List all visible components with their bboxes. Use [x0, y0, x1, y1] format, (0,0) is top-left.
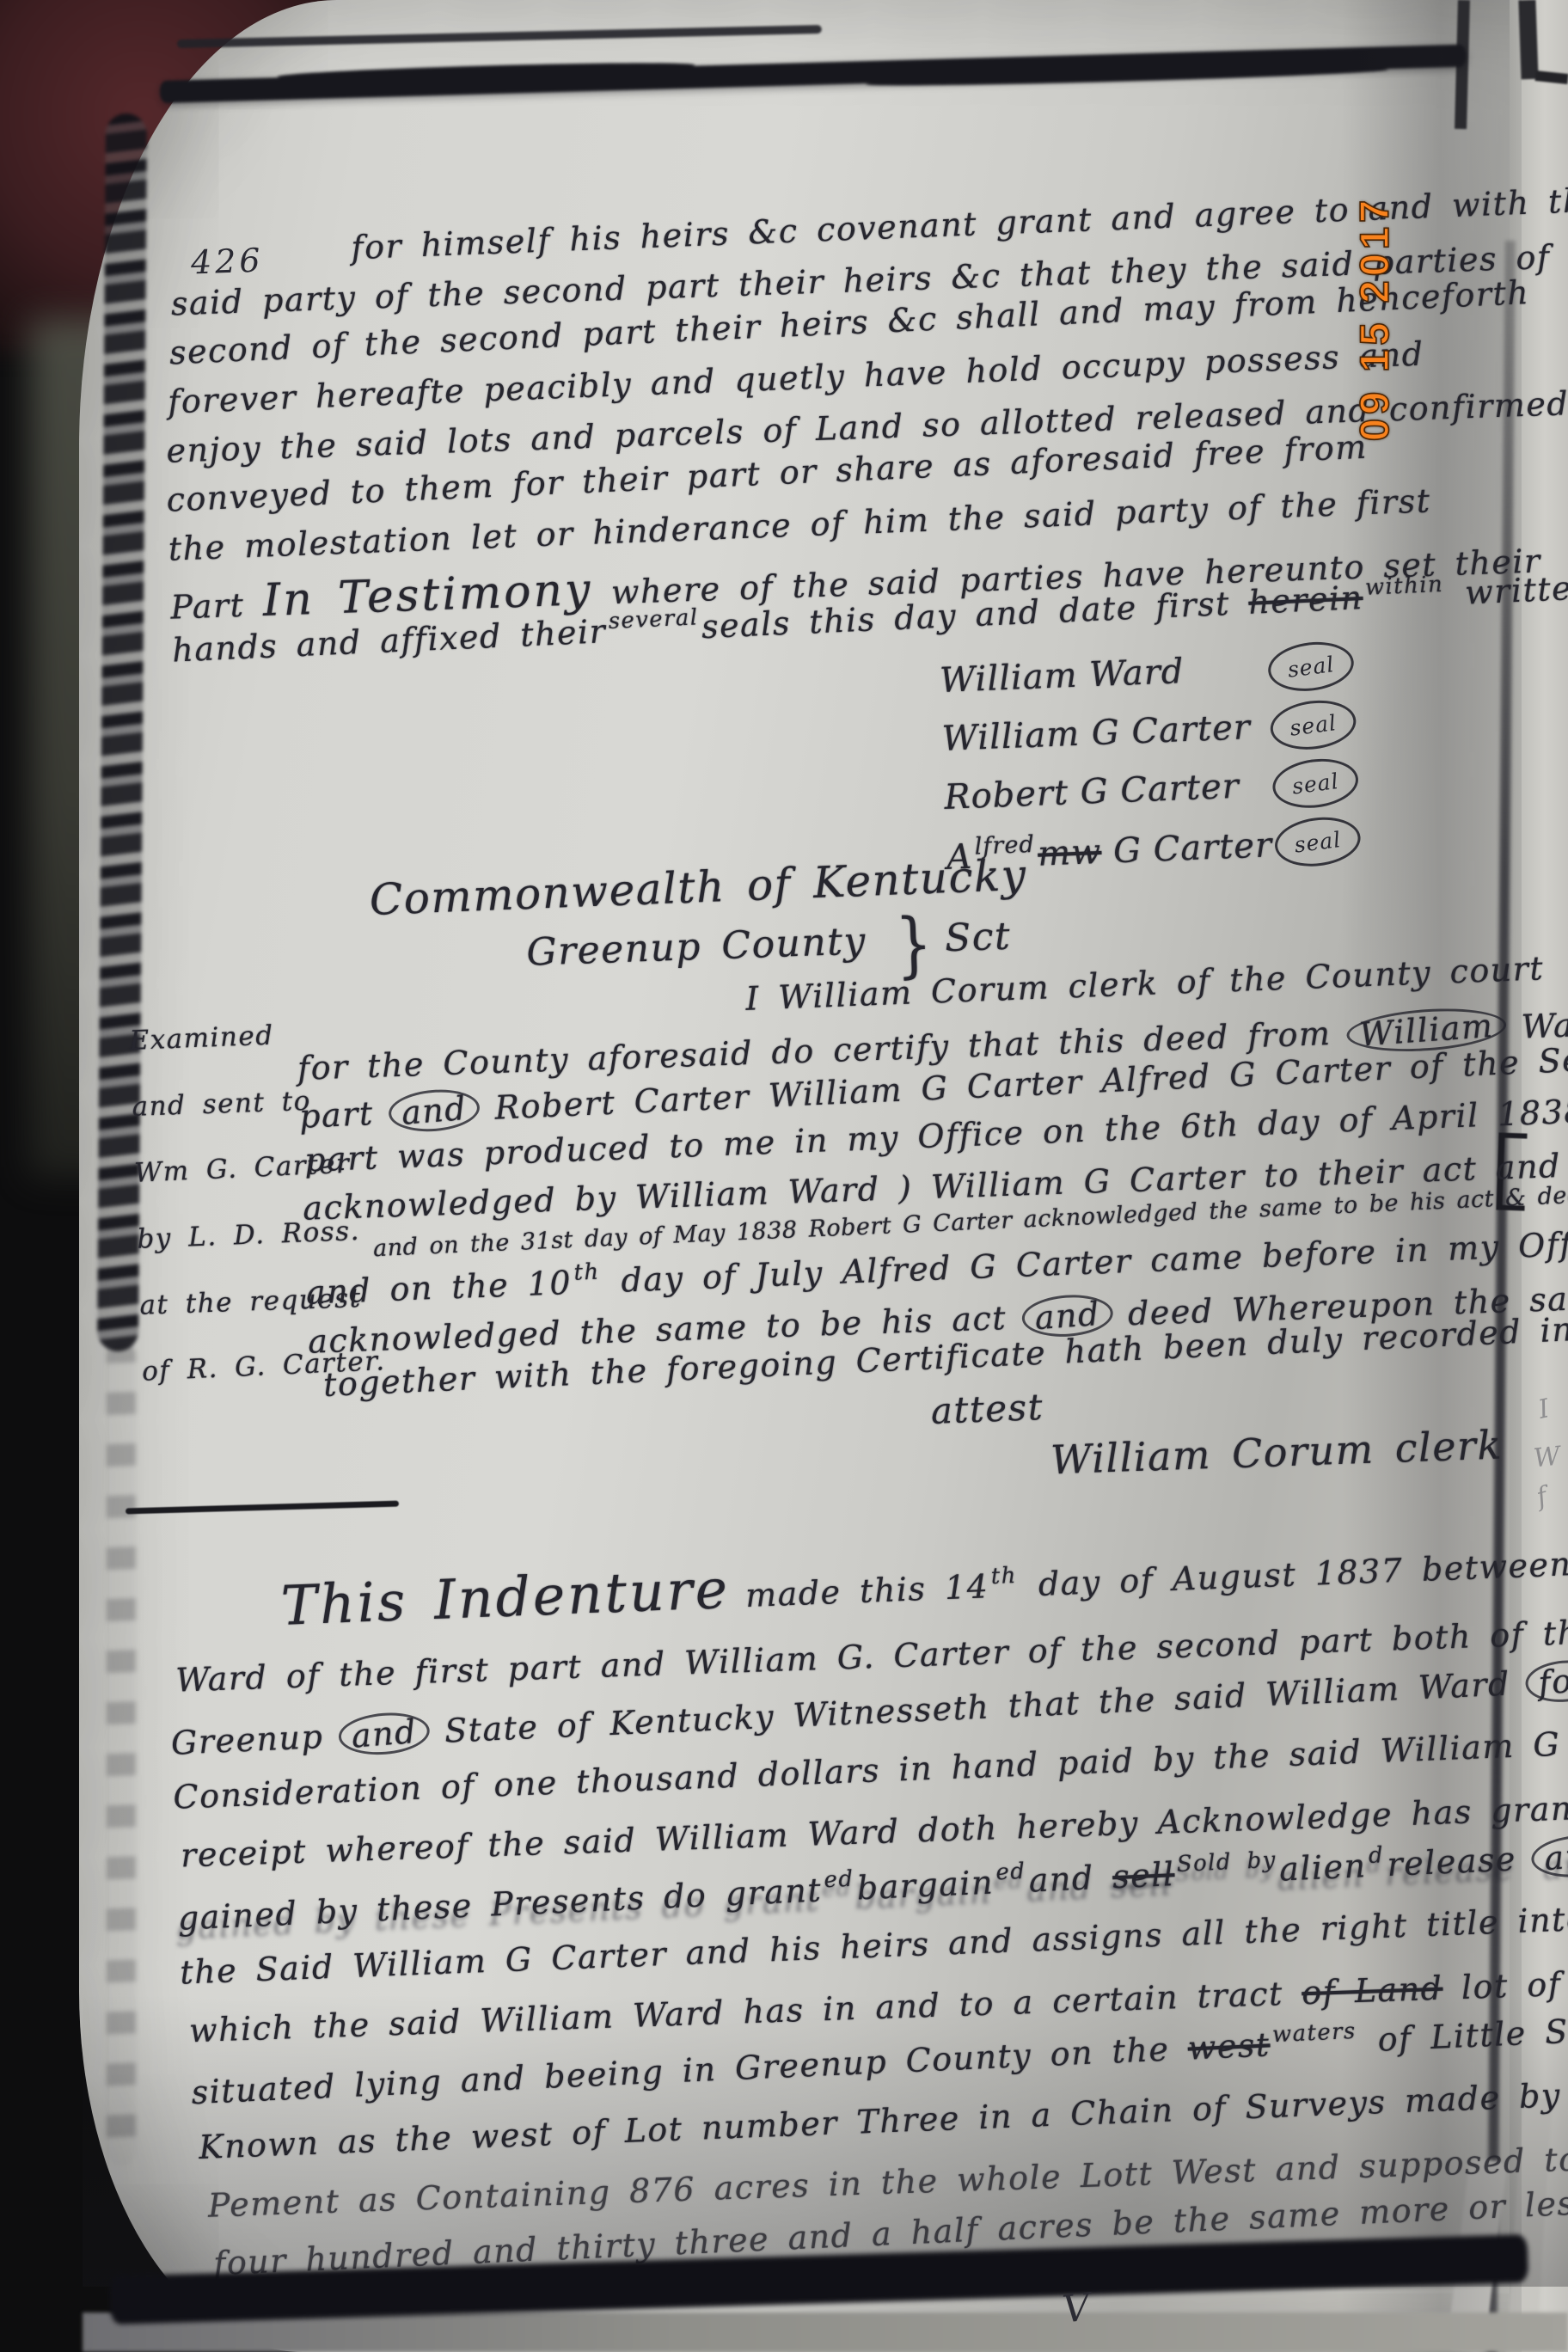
- strike-text: herein: [1247, 579, 1363, 622]
- handwritten-text: release: [1387, 1839, 1536, 1883]
- signature-text: William G Carter: [941, 707, 1252, 759]
- signature-text: G Carter: [1101, 825, 1273, 872]
- handwritten-text: made this 14: [744, 1567, 989, 1614]
- strike-text: of Land: [1302, 1969, 1444, 2012]
- camera-timestamp: 09 15 2017: [1327, 129, 1422, 507]
- sup-text: ed: [824, 1869, 854, 1892]
- circle-text: and: [1530, 1832, 1568, 1880]
- handwritten-text: written: [1446, 568, 1568, 613]
- left-edge-ink-stain-tail: [107, 1341, 136, 2166]
- strike-text: west: [1187, 2025, 1271, 2067]
- seal-stamp: seal: [1265, 637, 1357, 695]
- photographed-deed-book-page: I W f 426 for himself his heirs &c coven…: [0, 0, 1568, 2352]
- stray-ink-mark: V: [1060, 2285, 1092, 2331]
- handwritten-line: Wm G. Carter: [134, 1149, 381, 1227]
- handwritten-text: attest: [930, 1386, 1044, 1432]
- seal-stamp: seal: [1272, 812, 1363, 871]
- sup-text: th: [573, 1262, 600, 1285]
- sup-text: ed: [995, 1861, 1026, 1884]
- clerk-certificate-paragraph: I William Corum clerk of the County cour…: [295, 940, 1568, 1513]
- commonwealth-heading: Commonwealth of KentuckyGreenup County}S…: [369, 854, 1031, 992]
- sup-text: waters: [1271, 2021, 1357, 2047]
- handwritten-text: Greenup County: [526, 919, 867, 974]
- margin-notes: Examinedand sent toWm G. Carterby L. D. …: [129, 1019, 388, 1425]
- handwritten-text: day of August 1837 between William: [1019, 1539, 1568, 1603]
- strike-text: sell: [1112, 1855, 1175, 1896]
- circle-text: for: [1523, 1657, 1568, 1705]
- signature-block: William WardsealWilliam G CartersealRobe…: [939, 635, 1362, 885]
- handwritten-text: Part: [170, 585, 264, 627]
- circle-text: and: [387, 1087, 481, 1135]
- handwritten-line: by L. D. Ross.: [137, 1217, 383, 1293]
- handwritten-text: alien: [1278, 1847, 1367, 1888]
- signature-text: Robert G Carter: [944, 767, 1240, 818]
- camera-timestamp-text: 09 15 2017: [1351, 195, 1399, 440]
- indenture-paragraph: This Indenturemade this 14th day of Augu…: [165, 1518, 1568, 2307]
- circle-text: and: [337, 1710, 431, 1758]
- seal-stamp: seal: [1270, 754, 1361, 812]
- brace-text: }: [895, 909, 934, 981]
- handwritten-text: at the request: [139, 1283, 362, 1321]
- seal-stamp: seal: [1267, 695, 1358, 754]
- handwritten-text: and: [1028, 1858, 1113, 1899]
- sct-text: Sct: [944, 915, 1012, 961]
- sup-text: Sold by: [1176, 1850, 1277, 1877]
- handwritten-text: lot of Land: [1442, 1962, 1568, 2007]
- handwritten-text: and sent to: [132, 1086, 311, 1123]
- handwritten-text: bargain: [856, 1863, 995, 1907]
- signature-text: mw: [1037, 832, 1102, 874]
- handwritten-text: Greenup: [170, 1717, 343, 1762]
- signature-name: William G Carter: [941, 707, 1252, 759]
- signature-text: William Ward: [939, 652, 1185, 701]
- sup-text: several: [608, 607, 699, 633]
- signature-name: Robert G Carter: [944, 767, 1240, 818]
- handwritten-line: of R. G. Carter.: [142, 1348, 389, 1425]
- signature-name: William Ward: [939, 652, 1185, 701]
- handwritten-line: Examined: [129, 1019, 375, 1094]
- page-corner-notch: [1518, 0, 1538, 79]
- sup-text: th: [990, 1565, 1017, 1589]
- handwritten-text: Examined: [129, 1020, 274, 1057]
- sup-text: within: [1364, 574, 1443, 600]
- sup-text: d: [1368, 1845, 1384, 1868]
